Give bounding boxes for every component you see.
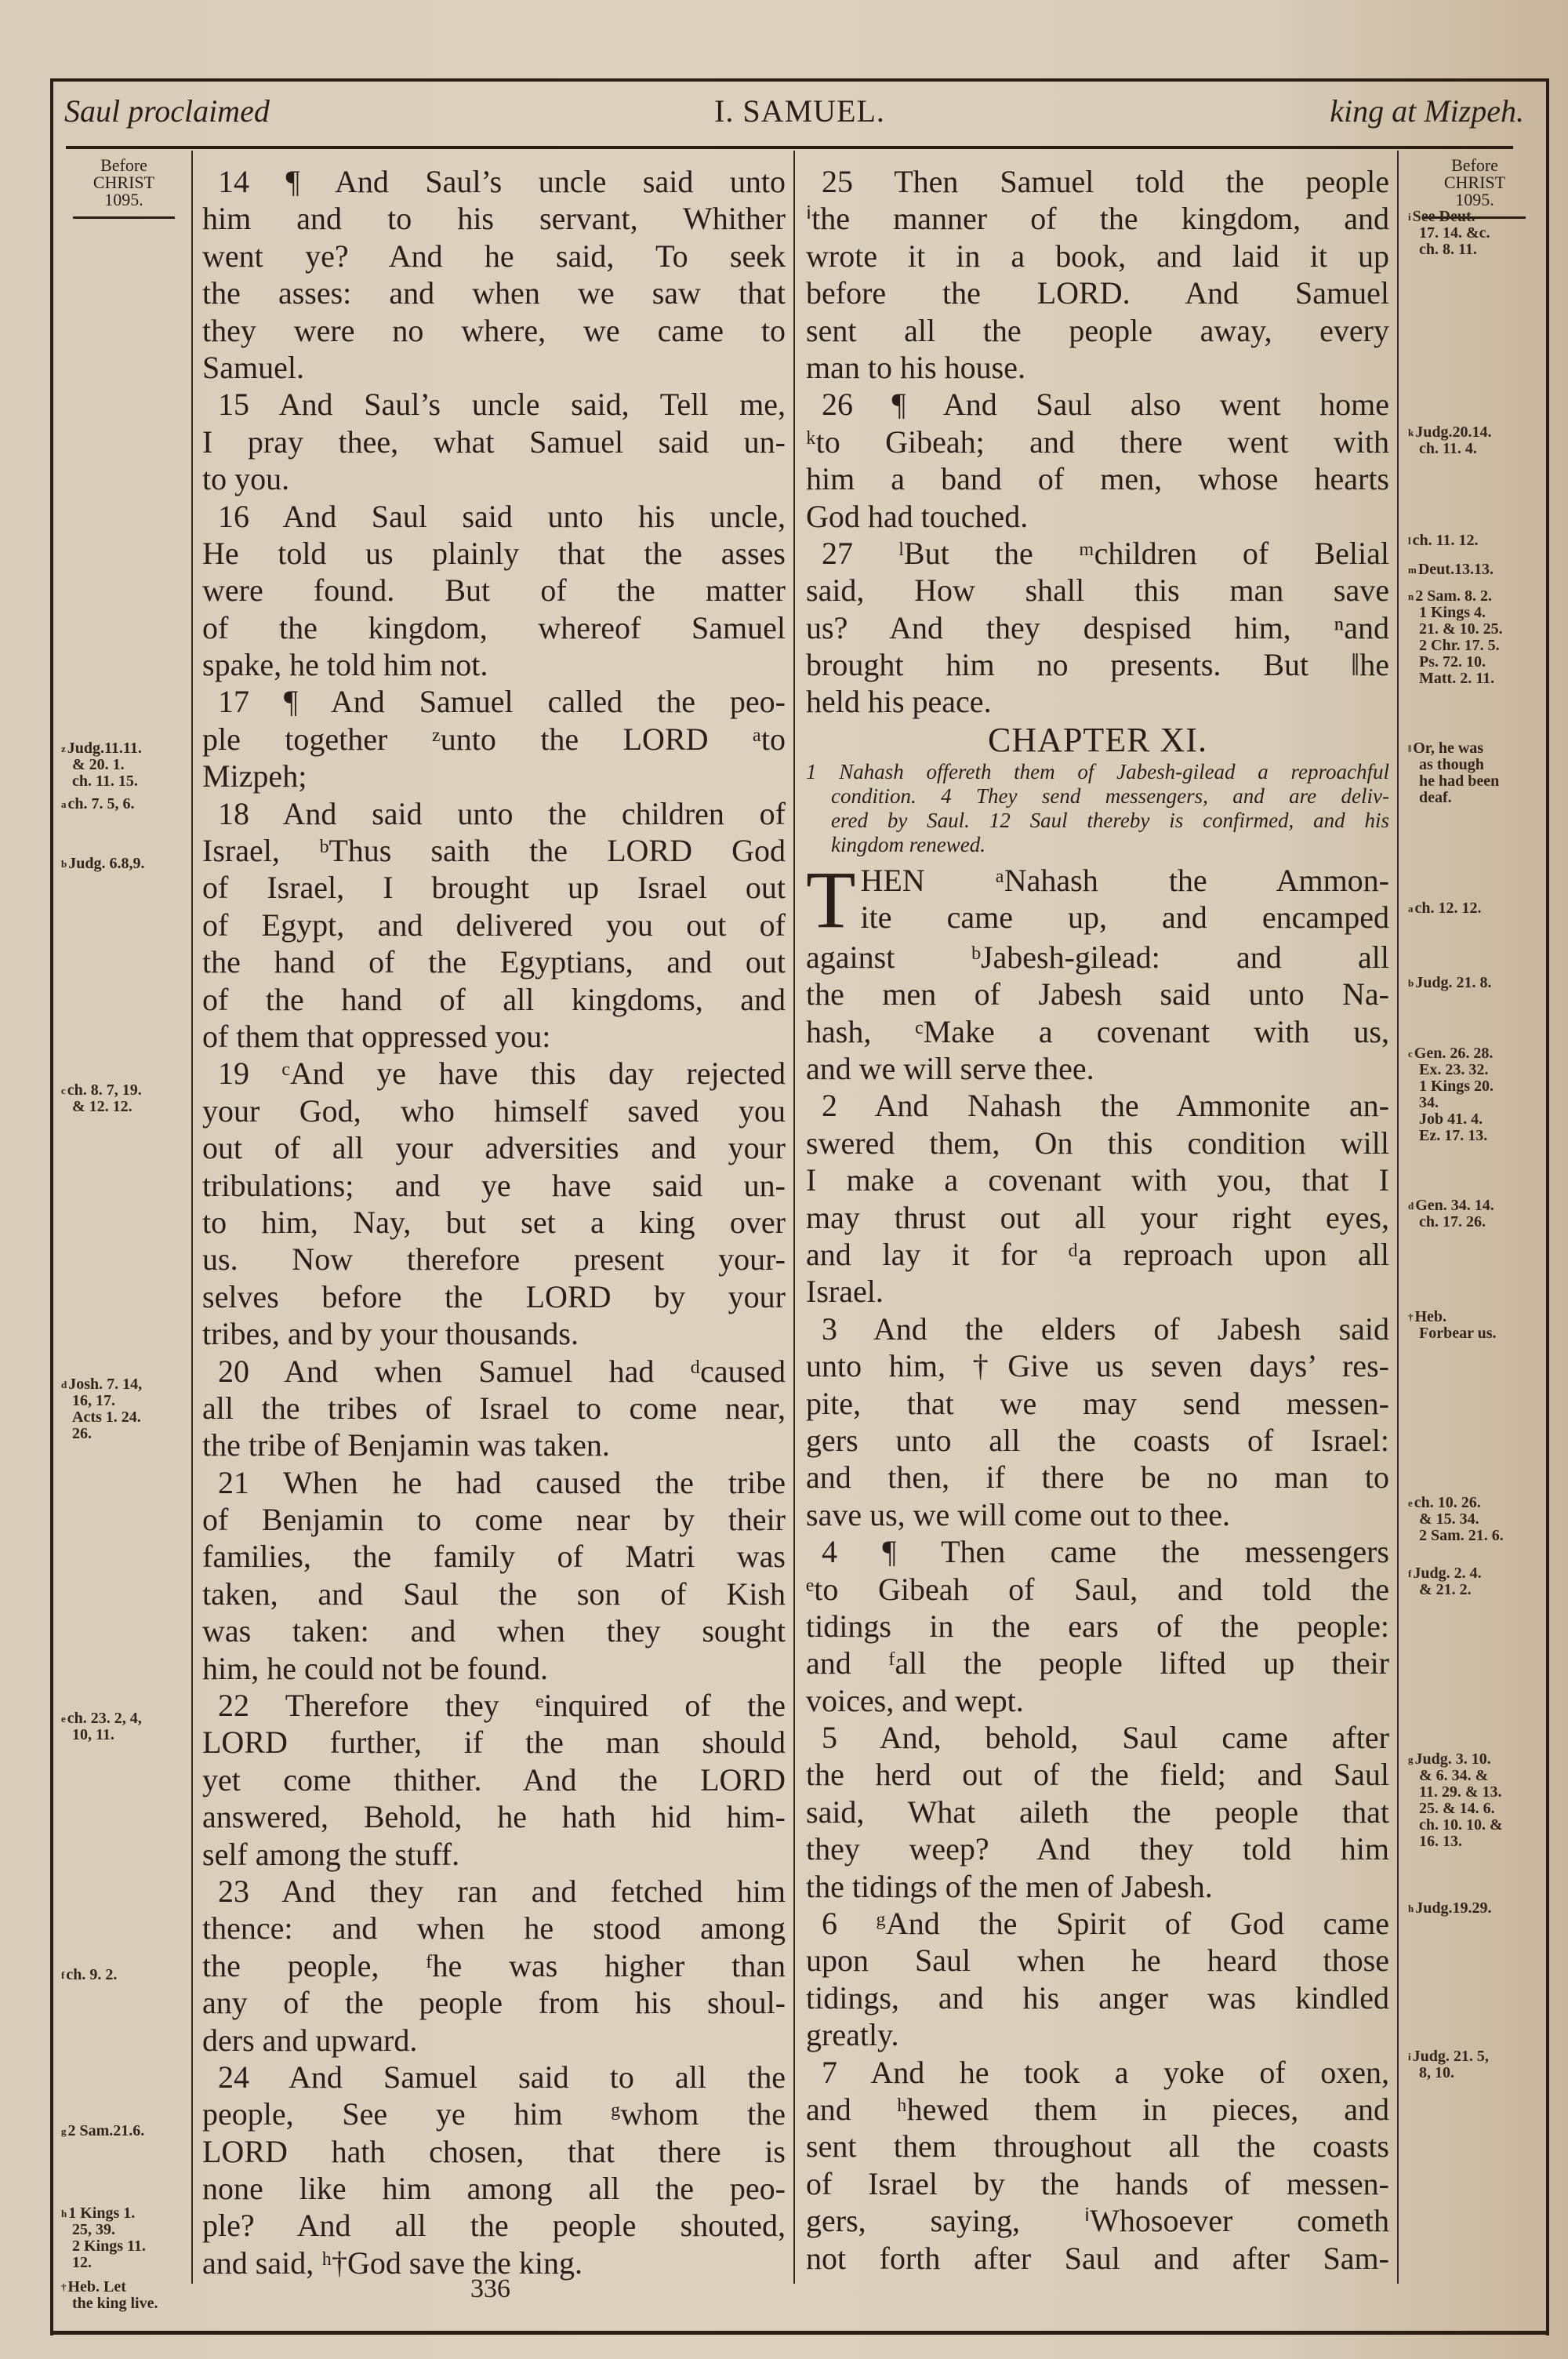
text-line: ders and upward. xyxy=(202,2022,786,2059)
text-line: 5 And, behold, Saul came after xyxy=(806,1719,1389,1756)
header-rule xyxy=(66,146,1513,149)
note-key: i xyxy=(1408,2051,1411,2063)
text-line: spake, he told him not. xyxy=(202,646,786,683)
cross-reference-note: kJudg.20.14.ch. 11. 4. xyxy=(1408,424,1549,457)
note-line: Ps. 72. 10. xyxy=(1408,654,1549,671)
text-line: of the kingdom, whereof Samuel xyxy=(202,609,786,646)
note-line: 26. xyxy=(61,1426,202,1442)
note-line: & 21. 2. xyxy=(1408,1582,1549,1598)
note-line: 2 Kings 11. xyxy=(61,2238,202,2255)
text-line: Israel. xyxy=(806,1273,1389,1310)
chapter-body: against ᵇJabesh-gilead: and allthe men o… xyxy=(806,939,1389,2277)
text-line: ite came up, and encamped xyxy=(806,899,1389,936)
text-line: 23 And they ran and fetched him xyxy=(202,1873,786,1910)
text-line: not forth after Saul and after Sam- xyxy=(806,2240,1389,2277)
text-line: I pray thee, what Samuel said un- xyxy=(202,423,786,460)
text-line: LORD hath chosen, that there is xyxy=(202,2133,786,2170)
note-line: Acts 1. 24. xyxy=(61,1409,202,1426)
text-line: us. Now therefore present your- xyxy=(202,1241,786,1278)
text-line: may thrust out all your right eyes, xyxy=(806,1199,1389,1236)
text-line: of Israel, I brought up Israel out xyxy=(202,869,786,906)
text-line: the hand of the Egyptians, and out xyxy=(202,943,786,980)
note-line: & 12. 12. xyxy=(61,1099,202,1115)
note-key: n xyxy=(1408,591,1414,602)
text-line: Israel, ᵇThus saith the LORD God xyxy=(202,832,786,869)
note-line: 25. & 14. 6. xyxy=(1408,1801,1549,1817)
cross-reference-note: †Heb.Forbear us. xyxy=(1408,1309,1549,1342)
text-line: and ᶠall the people lifted up their xyxy=(806,1645,1389,1681)
cross-reference-note: iSee Deut.17. 14. &c.ch. 8. 11. xyxy=(1408,209,1549,258)
left-margin-divider xyxy=(191,151,193,2284)
note-line: Judg. 3. 10. xyxy=(1415,1750,1491,1768)
text-line: said, What aileth the people that xyxy=(806,1794,1389,1830)
note-line: ch. 7. 5, 6. xyxy=(68,795,135,812)
note-line: Judg.19.29. xyxy=(1415,1899,1491,1917)
cross-reference-note: †Heb. Letthe king live. xyxy=(61,2279,202,2312)
text-line: 22 Therefore they ᵉinquired of the xyxy=(202,1687,786,1724)
cross-reference-note: n2 Sam. 8. 2.1 Kings 4.21. & 10. 25.2 Ch… xyxy=(1408,588,1549,687)
note-line: 10, 11. xyxy=(61,1727,202,1743)
text-line: 16 And Saul said unto his uncle, xyxy=(202,498,786,535)
text-line: to him, Nay, but set a king over xyxy=(202,1204,786,1241)
note-line: Gen. 34. 14. xyxy=(1415,1197,1494,1214)
text-line: him and to his servant, Whither xyxy=(202,200,786,237)
text-line: were found. But of the matter xyxy=(202,572,786,609)
text-line: upon Saul when he heard those xyxy=(806,1942,1389,1979)
text-line: sent them throughout all the coasts xyxy=(806,2128,1389,2165)
note-key: b xyxy=(1408,977,1414,989)
text-line: yet come thither. And the LORD xyxy=(202,1761,786,1798)
cross-reference-note: zJudg.11.11.& 20. 1.ch. 11. 15. xyxy=(61,740,202,790)
note-key: f xyxy=(61,1969,64,1981)
text-line: voices, and wept. xyxy=(806,1682,1389,1719)
era-rule xyxy=(73,216,175,219)
note-line: ch. 23. 2, 4, xyxy=(67,1710,142,1727)
text-line: He told us plainly that the asses xyxy=(202,535,786,572)
text-line: gers unto all the coasts of Israel: xyxy=(806,1422,1389,1459)
note-line: Or, he was xyxy=(1413,740,1483,757)
note-line: deaf. xyxy=(1408,790,1549,806)
note-line: Judg. 21. 8. xyxy=(1415,974,1491,991)
text-line: 4 ¶ Then came the messengers xyxy=(806,1533,1389,1570)
cross-reference-note: g2 Sam.21.6. xyxy=(61,2123,202,2139)
text-line: 19 ᶜAnd ye have this day rejected xyxy=(202,1055,786,1092)
text-line: Samuel. xyxy=(202,349,786,386)
text-line: hash, ᶜMake a covenant with us, xyxy=(806,1013,1389,1050)
text-line: any of the people from his shoul- xyxy=(202,1984,786,2021)
note-line: Ex. 23. 32. xyxy=(1408,1062,1549,1078)
cross-reference-note: cch. 8. 7, 19.& 12. 12. xyxy=(61,1082,202,1115)
summary-line: ered by Saul. 12 Saul thereby is confirm… xyxy=(806,809,1389,833)
book-title: I. SAMUEL. xyxy=(63,93,1537,129)
text-line: gers, saying, ⁱWhosoever cometh xyxy=(806,2202,1389,2239)
note-line: ch. 12. 12. xyxy=(1415,900,1482,917)
text-line: LORD further, if the man should xyxy=(202,1724,786,1761)
note-line: ch. 17. 26. xyxy=(1408,1214,1549,1230)
note-key: m xyxy=(1408,564,1417,576)
note-line: Gen. 26. 28. xyxy=(1414,1045,1494,1062)
text-line: 14 ¶ And Saul’s uncle said unto xyxy=(202,163,786,200)
note-key: d xyxy=(1408,1200,1414,1212)
text-line: 2 And Nahash the Ammonite an- xyxy=(806,1087,1389,1124)
note-key: f xyxy=(1408,1568,1411,1579)
cross-reference-note: ach. 12. 12. xyxy=(1408,900,1549,917)
note-line: & 15. 34. xyxy=(1408,1511,1549,1528)
note-key: i xyxy=(1408,211,1411,223)
note-line: Josh. 7. 14, xyxy=(68,1376,142,1393)
text-line: swered them, On this condition will xyxy=(806,1125,1389,1161)
note-line: 25, 39. xyxy=(61,2222,202,2238)
note-line: Matt. 2. 11. xyxy=(1408,671,1549,687)
text-line: your God, who himself saved you xyxy=(202,1092,786,1129)
text-line: of Egypt, and delivered you out of xyxy=(202,907,786,943)
note-line: ch. 11. 12. xyxy=(1413,532,1479,549)
running-header: Saul proclaimed I. SAMUEL. king at Mizpe… xyxy=(63,88,1537,138)
era-year: 1095. xyxy=(1408,191,1541,209)
note-key: e xyxy=(1408,1497,1413,1509)
era-year: 1095. xyxy=(61,191,187,209)
text-line: was taken: and when they sought xyxy=(202,1612,786,1649)
note-key: b xyxy=(61,858,67,870)
note-key: † xyxy=(1408,1311,1414,1323)
note-key: e xyxy=(61,1713,66,1725)
note-line: Forbear us. xyxy=(1408,1325,1549,1342)
note-key: d xyxy=(61,1379,67,1390)
text-line: they weep? And they told him xyxy=(806,1830,1389,1867)
text-line: him, he could not be found. xyxy=(202,1650,786,1687)
cross-reference-note: bJudg. 21. 8. xyxy=(1408,975,1549,991)
note-line: 1 Kings 4. xyxy=(1408,605,1549,621)
text-line: and we will serve thee. xyxy=(806,1050,1389,1087)
text-line: 20 And when Samuel had ᵈcaused xyxy=(202,1353,786,1390)
text-line: 3 And the elders of Jabesh said xyxy=(806,1310,1389,1347)
note-line: 2 Sam. 21. 6. xyxy=(1408,1528,1549,1544)
note-line: Judg. 2. 4. xyxy=(1413,1565,1481,1582)
note-key: g xyxy=(1408,1754,1414,1765)
text-line: the tidings of the men of Jabesh. xyxy=(806,1868,1389,1905)
text-line: 26 ¶ And Saul also went home xyxy=(806,386,1389,423)
text-line: went ye? And he said, To seek xyxy=(202,238,786,274)
note-line: ch. 10. 10. & xyxy=(1408,1817,1549,1834)
note-line: Heb. Let xyxy=(68,2278,126,2295)
note-key: z xyxy=(61,743,66,754)
note-line: 2 Sam.21.6. xyxy=(68,2122,145,2139)
era-word: CHRIST xyxy=(1408,174,1541,191)
note-line: ch. 10. 26. xyxy=(1414,1494,1481,1511)
text-line: people, See ye him ᵍwhom the xyxy=(202,2095,786,2132)
text-line: before the LORD. And Samuel xyxy=(806,274,1389,311)
note-line: ch. 11. 15. xyxy=(61,773,202,790)
book-page: Saul proclaimed I. SAMUEL. king at Mizpe… xyxy=(0,0,1568,2359)
note-line: 21. & 10. 25. xyxy=(1408,621,1549,638)
text-line: ⁱthe manner of the kingdom, and xyxy=(806,200,1389,237)
page-number: 336 xyxy=(470,2274,510,2304)
note-key: c xyxy=(61,1085,66,1096)
text-line: the herd out of the field; and Saul xyxy=(806,1756,1389,1793)
text-line: tribes, and by your thousands. xyxy=(202,1315,786,1352)
note-line: ch. 11. 4. xyxy=(1408,441,1549,457)
text-line: 17 ¶ And Samuel called the peo- xyxy=(202,683,786,720)
note-line: 16, 17. xyxy=(61,1393,202,1409)
text-line: all the tribes of Israel to come near, xyxy=(202,1390,786,1427)
text-line: of Benjamin to come near by their xyxy=(202,1501,786,1538)
text-line: save us, we will come out to thee. xyxy=(806,1496,1389,1533)
note-key: a xyxy=(61,798,67,810)
bottom-rule xyxy=(50,2331,1549,2335)
cross-reference-note: h1 Kings 1.25, 39.2 Kings 11.12. xyxy=(61,2205,202,2271)
note-key: k xyxy=(1408,427,1414,438)
note-line: 1 Kings 1. xyxy=(68,2205,135,2222)
note-line: 1 Kings 20. xyxy=(1408,1078,1549,1095)
text-line: against ᵇJabesh-gilead: and all xyxy=(806,939,1389,976)
cross-reference-note: mDeut.13.13. xyxy=(1408,562,1549,578)
text-line: 18 And said unto the children of xyxy=(202,795,786,832)
note-line: 12. xyxy=(61,2255,202,2271)
era-label: Before xyxy=(1408,157,1541,174)
cross-reference-note: dJosh. 7. 14,16, 17.Acts 1. 24.26. xyxy=(61,1376,202,1442)
note-line: 2 Chr. 17. 5. xyxy=(1408,638,1549,654)
text-line: taken, and Saul the son of Kish xyxy=(202,1576,786,1612)
note-line: he had been xyxy=(1408,773,1549,790)
cross-reference-note: fJudg. 2. 4.& 21. 2. xyxy=(1408,1565,1549,1598)
text-line: 21 When he had caused the tribe xyxy=(202,1464,786,1501)
text-line: wrote it in a book, and laid it up xyxy=(806,238,1389,274)
left-text-column: 14 ¶ And Saul’s uncle said untohim and t… xyxy=(202,163,786,2281)
cross-reference-note: dGen. 34. 14.ch. 17. 26. xyxy=(1408,1198,1549,1230)
text-line: of Israel by the hands of messen- xyxy=(806,2165,1389,2202)
text-line: ple? And all the people shouted, xyxy=(202,2207,786,2244)
note-key: ‖ xyxy=(1408,743,1411,754)
text-line: and then, if there be no man to xyxy=(806,1459,1389,1496)
text-line: families, the family of Matri was xyxy=(202,1538,786,1575)
text-line: HEN ᵃNahash the Ammon- xyxy=(806,862,1389,899)
right-era-label: Before CHRIST 1095. xyxy=(1408,157,1541,209)
text-line: held his peace. xyxy=(806,683,1389,720)
note-line: 17. 14. &c. xyxy=(1408,225,1549,242)
cross-reference-note: cGen. 26. 28.Ex. 23. 32.1 Kings 20.34.Jo… xyxy=(1408,1045,1549,1144)
note-key: h xyxy=(61,2208,67,2219)
text-line: 27 ˡBut the ᵐchildren of Belial xyxy=(806,535,1389,572)
note-line: 16. 13. xyxy=(1408,1834,1549,1850)
right-margin-divider xyxy=(1397,151,1399,2284)
cross-reference-note: ‖Or, he wasas thoughhe had beendeaf. xyxy=(1408,740,1549,806)
note-key: † xyxy=(61,2281,67,2293)
chapter-summary: 1 Nahash offereth them of Jabesh-gilead … xyxy=(806,760,1389,857)
text-line: ᵏto Gibeah; and there went with xyxy=(806,423,1389,460)
text-line: none like him among all the peo- xyxy=(202,2170,786,2207)
text-line: unto him, †Give us seven days’ res- xyxy=(806,1347,1389,1384)
text-line: to you. xyxy=(202,460,786,497)
text-line: us? And they despised him, ⁿand xyxy=(806,609,1389,646)
text-line: 25 Then Samuel told the people xyxy=(806,163,1389,200)
header-right-title: king at Mizpeh. xyxy=(1330,93,1524,129)
text-line: tidings, and his anger was kindled xyxy=(806,1979,1389,2016)
chapter-title: CHAPTER XI. xyxy=(806,721,1389,760)
text-line: answered, Behold, he hath hid him- xyxy=(202,1798,786,1835)
text-line: sent all the people away, every xyxy=(806,312,1389,349)
text-line: out of all your adversities and your xyxy=(202,1129,786,1166)
summary-line: 1 Nahash offereth them of Jabesh-gilead … xyxy=(806,760,1389,784)
note-line: the king live. xyxy=(61,2295,202,2312)
text-line: said, How shall this man save xyxy=(806,572,1389,609)
right-margin: Before CHRIST 1095. iSee Deut.17. 14. &c… xyxy=(1408,157,1541,219)
text-line: self among the stuff. xyxy=(202,1836,786,1873)
cross-reference-note: hJudg.19.29. xyxy=(1408,1900,1549,1917)
text-line: 6 ᵍAnd the Spirit of God came xyxy=(806,1905,1389,1942)
cross-reference-note: ech. 23. 2, 4,10, 11. xyxy=(61,1710,202,1743)
text-line: of the hand of all kingdoms, and xyxy=(202,981,786,1018)
note-line: Job 41. 4. xyxy=(1408,1111,1549,1128)
note-line: Judg.11.11. xyxy=(67,740,142,757)
note-key: a xyxy=(1408,903,1414,914)
text-line: of them that oppressed you: xyxy=(202,1018,786,1055)
note-key: g xyxy=(61,2125,67,2137)
text-line: ple together ᶻunto the LORD ᵃto xyxy=(202,721,786,758)
text-line: ᵉto Gibeah of Saul, and told the xyxy=(806,1571,1389,1608)
text-line: the asses: and when we saw that xyxy=(202,274,786,311)
cross-reference-note: fch. 9. 2. xyxy=(61,1967,202,1983)
text-line: greatly. xyxy=(806,2016,1389,2053)
text-line: Mizpeh; xyxy=(202,758,786,794)
note-line: 8, 10. xyxy=(1408,2065,1549,2081)
text-line: tidings in the ears of the people: xyxy=(806,1608,1389,1645)
cross-reference-note: bJudg. 6.8,9. xyxy=(61,856,202,872)
note-key: h xyxy=(1408,1903,1414,1914)
text-line: 15 And Saul’s uncle said, Tell me, xyxy=(202,386,786,423)
note-line: Heb. xyxy=(1415,1308,1447,1325)
note-line: ch. 8. 11. xyxy=(1408,242,1549,258)
text-line: pite, that we may send messen- xyxy=(806,1385,1389,1422)
note-line: Judg. 6.8,9. xyxy=(68,855,144,872)
text-line: the men of Jabesh said unto Na- xyxy=(806,976,1389,1012)
cross-reference-note: iJudg. 21. 5,8, 10. xyxy=(1408,2048,1549,2081)
era-word: CHRIST xyxy=(61,174,187,191)
text-line: 24 And Samuel said to all the xyxy=(202,2059,786,2095)
drop-cap-paragraph: THEN ᵃNahash the Ammon-ite came up, and … xyxy=(806,862,1389,936)
note-line: Deut.13.13. xyxy=(1418,561,1494,578)
note-line: & 20. 1. xyxy=(61,757,202,773)
summary-line: condition. 4 They send messengers, and a… xyxy=(806,784,1389,809)
cross-reference-note: ach. 7. 5, 6. xyxy=(61,796,202,812)
note-line: 34. xyxy=(1408,1095,1549,1111)
note-line: & 6. 34. & xyxy=(1408,1768,1549,1784)
text-line: I make a covenant with you, that I xyxy=(806,1161,1389,1198)
text-line: brought him no presents. But ‖he xyxy=(806,646,1389,683)
note-line: ch. 9. 2. xyxy=(66,1966,117,1983)
note-line: Judg. 21. 5, xyxy=(1413,2048,1489,2065)
cross-reference-note: lch. 11. 12. xyxy=(1408,533,1549,549)
text-line: the people, ᶠhe was higher than xyxy=(202,1947,786,1984)
text-line: the tribe of Benjamin was taken. xyxy=(202,1427,786,1463)
text-line: and ʰhewed them in pieces, and xyxy=(806,2091,1389,2128)
text-line: and lay it for ᵈa reproach upon all xyxy=(806,1236,1389,1273)
text-line: selves before the LORD by your xyxy=(202,1278,786,1315)
text-line: they were no where, we came to xyxy=(202,312,786,349)
text-line: him a band of men, whose hearts xyxy=(806,460,1389,497)
right-text-column: 25 Then Samuel told the peopleⁱthe manne… xyxy=(806,163,1389,2277)
drop-cap: T xyxy=(806,865,856,939)
note-line: ch. 8. 7, 19. xyxy=(67,1081,142,1099)
note-key: c xyxy=(1408,1048,1413,1060)
text-line: tribulations; and ye have said un- xyxy=(202,1167,786,1204)
text-line: thence: and when he stood among xyxy=(202,1910,786,1946)
cross-reference-note: gJudg. 3. 10.& 6. 34. &11. 29. & 13.25. … xyxy=(1408,1751,1549,1850)
text-line: man to his house. xyxy=(806,349,1389,386)
column-divider xyxy=(793,151,795,2284)
note-line: Ez. 17. 13. xyxy=(1408,1128,1549,1144)
era-label: Before xyxy=(61,157,187,174)
note-line: 11. 29. & 13. xyxy=(1408,1784,1549,1801)
cross-reference-note: ech. 10. 26.& 15. 34.2 Sam. 21. 6. xyxy=(1408,1495,1549,1544)
left-margin: Before CHRIST 1095. zJudg.11.11.& 20. 1.… xyxy=(61,157,187,219)
note-key: l xyxy=(1408,535,1411,547)
text-line: 7 And he took a yoke of oxen, xyxy=(806,2054,1389,2091)
note-line: as though xyxy=(1408,757,1549,773)
summary-line: kingdom renewed. xyxy=(806,833,1389,857)
note-line: See Deut. xyxy=(1413,208,1475,225)
note-line: Judg.20.14. xyxy=(1415,423,1491,441)
text-line: God had touched. xyxy=(806,498,1389,535)
note-line: 2 Sam. 8. 2. xyxy=(1415,587,1492,605)
left-era-label: Before CHRIST 1095. xyxy=(61,157,187,209)
